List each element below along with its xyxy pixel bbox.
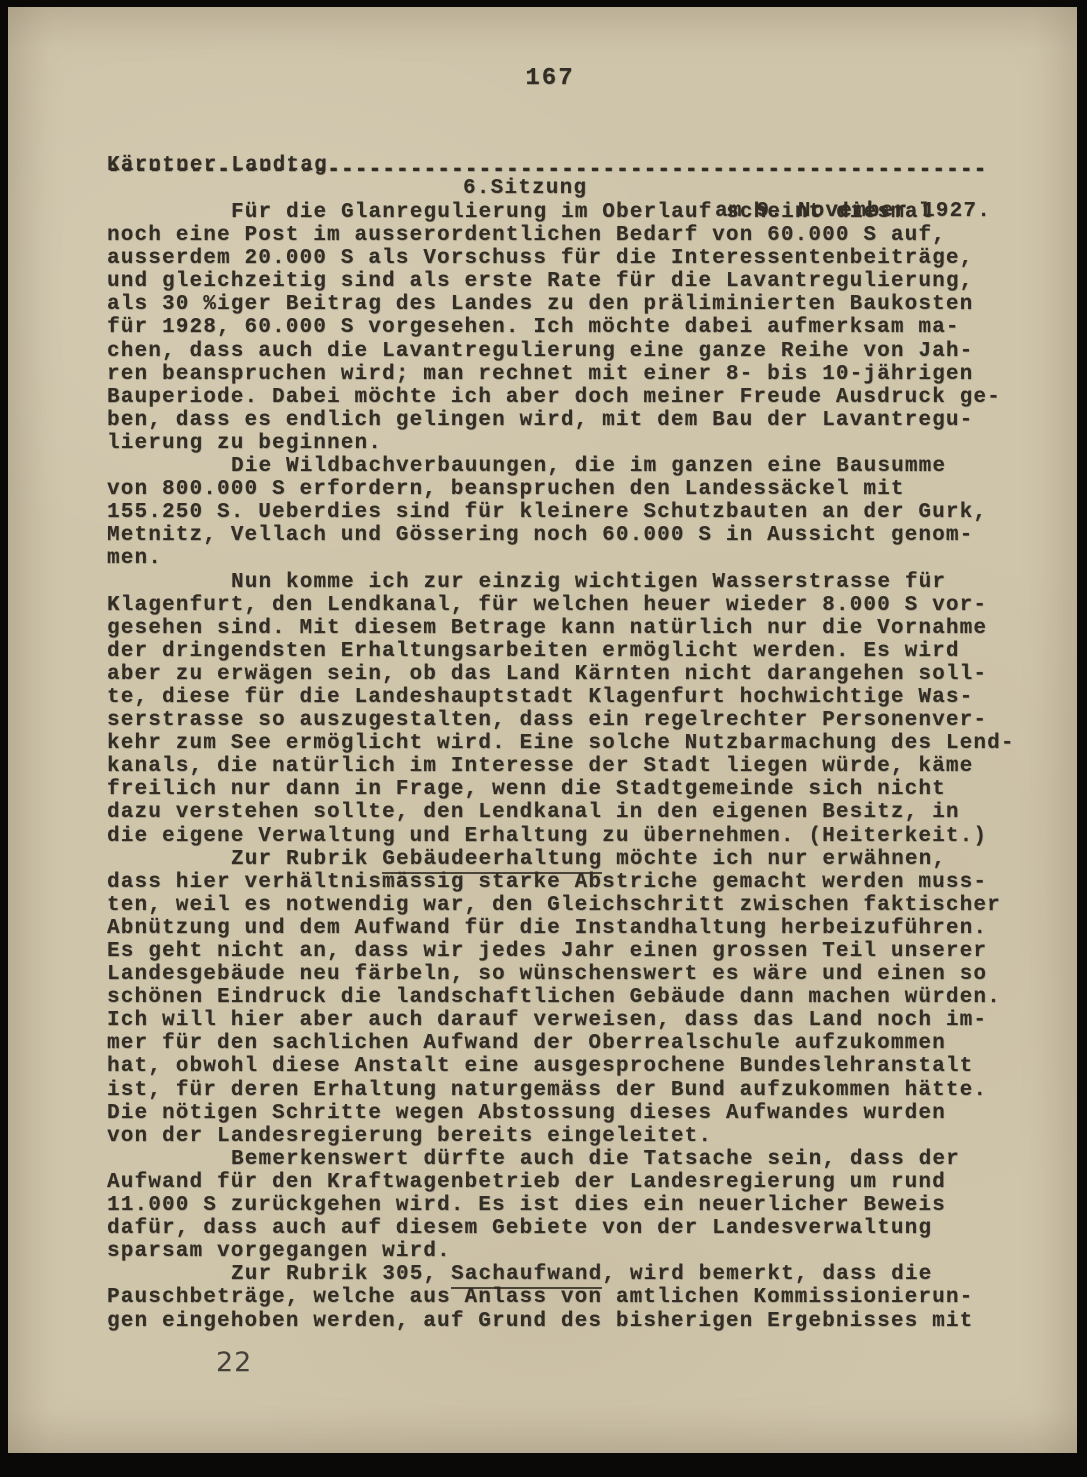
text-line: als 30 %iger Beitrag des Landes zu den p…: [107, 293, 997, 316]
paragraph-4: Zur Rubrik Gebäudeerhaltung möchte ich n…: [107, 848, 997, 1148]
page-number: 167: [107, 65, 993, 92]
text-line: Für die Glanregulierung im Oberlauf sche…: [107, 201, 997, 224]
text-line: Es geht nicht an, dass wir jedes Jahr ei…: [107, 940, 997, 963]
text-line: Bauperiode. Dabei möchte ich aber doch m…: [107, 386, 997, 409]
document-page: 167 Kärntner Landtag 6.Sitzung am 9. Nov…: [8, 7, 1077, 1453]
underlined-term: Gebäudeerhaltung: [382, 848, 602, 874]
text-line: ten, weil es notwendig war, den Gleichsc…: [107, 894, 997, 917]
text-line: und gleichzeitig sind als erste Rate für…: [107, 270, 997, 293]
text-line: dafür, dass auch auf diesem Gebiete von …: [107, 1217, 997, 1240]
text-line: lierung zu beginnen.: [107, 432, 997, 455]
text-line: der dringendsten Erhaltungsarbeiten ermö…: [107, 640, 997, 663]
text-line: von 800.000 S erfordern, beanspruchen de…: [107, 478, 997, 501]
text-line: Die nötigen Schritte wegen Abstossung di…: [107, 1102, 997, 1125]
paragraph-3: Nun komme ich zur einzig wichtigen Wasse…: [107, 571, 997, 848]
text-line: ausserdem 20.000 S als Vorschuss für die…: [107, 247, 997, 270]
text-line: dass hier verhältnismässig starke Abstri…: [107, 871, 997, 894]
header-separator: ----------------------------------------…: [107, 154, 997, 185]
text-line: Zur Rubrik Gebäudeerhaltung möchte ich n…: [107, 848, 997, 871]
text-line: für 1928, 60.000 S vorgesehen. Ich möcht…: [107, 316, 997, 339]
text-line: die eigene Verwaltung und Erhaltung zu ü…: [107, 825, 997, 848]
text-line: gen eingehoben werden, auf Grund des bis…: [107, 1310, 997, 1333]
text-line: kehr zum See ermöglicht wird. Eine solch…: [107, 732, 997, 755]
text-line: Zur Rubrik 305, Sachaufwand, wird bemerk…: [107, 1263, 997, 1286]
text-line: serstrasse so auszugestalten, dass ein r…: [107, 709, 997, 732]
text-line: Aufwand für den Kraftwagenbetrieb der La…: [107, 1171, 997, 1194]
text-line: sparsam vorgegangen wird.: [107, 1240, 997, 1263]
scanned-page-background: 167 Kärntner Landtag 6.Sitzung am 9. Nov…: [0, 0, 1087, 1477]
text-line: schönen Eindruck die landschaftlichen Ge…: [107, 986, 997, 1009]
text-line: ist, für deren Erhaltung naturgemäss der…: [107, 1079, 997, 1102]
paragraph-2: Die Wildbachverbauungen, die im ganzen e…: [107, 455, 997, 570]
text-line: aber zu erwägen sein, ob das Land Kärnte…: [107, 663, 997, 686]
text-line: kanals, die natürlich im Interesse der S…: [107, 755, 997, 778]
text-line: chen, dass auch die Lavantregulierung ei…: [107, 340, 997, 363]
text-line: Klagenfurt, den Lendkanal, für welchen h…: [107, 594, 997, 617]
text-line: noch eine Post im ausserordentlichen Bed…: [107, 224, 997, 247]
text-line: ren beanspruchen wird; man rechnet mit e…: [107, 363, 997, 386]
text-line: freilich nur dann in Frage, wenn die Sta…: [107, 778, 997, 801]
text-line: ben, dass es endlich gelingen wird, mit …: [107, 409, 997, 432]
sheet-number: 22: [216, 1347, 252, 1378]
text-line: Landesgebäude neu färbeln, so wünschensw…: [107, 963, 997, 986]
text-line: men.: [107, 547, 997, 570]
text-line: Abnützung und dem Aufwand für die Instan…: [107, 917, 997, 940]
text-line: mer für den sachlichen Aufwand der Oberr…: [107, 1032, 997, 1055]
text-line: dazu verstehen sollte, den Lendkanal in …: [107, 801, 997, 824]
text-line: gesehen sind. Mit diesem Betrage kann na…: [107, 617, 997, 640]
text-line: 155.250 S. Ueberdies sind für kleinere S…: [107, 501, 997, 524]
text-line: Nun komme ich zur einzig wichtigen Wasse…: [107, 571, 997, 594]
text-line: te, diese für die Landeshauptstadt Klage…: [107, 686, 997, 709]
document-body: Für die Glanregulierung im Oberlauf sche…: [107, 201, 997, 1333]
paragraph-6: Zur Rubrik 305, Sachaufwand, wird bemerk…: [107, 1263, 997, 1332]
text-line: Bemerkenswert dürfte auch die Tatsache s…: [107, 1148, 997, 1171]
text-line: Metnitz, Vellach und Gössering noch 60.0…: [107, 524, 997, 547]
paragraph-5: Bemerkenswert dürfte auch die Tatsache s…: [107, 1148, 997, 1263]
text-line: hat, obwohl diese Anstalt eine ausgespro…: [107, 1055, 997, 1078]
text-line: Die Wildbachverbauungen, die im ganzen e…: [107, 455, 997, 478]
text-line: von der Landesregierung bereits eingelei…: [107, 1125, 997, 1148]
text-line: Pauschbeträge, welche aus Anlass von amt…: [107, 1286, 997, 1309]
paragraph-1: Für die Glanregulierung im Oberlauf sche…: [107, 201, 997, 455]
text-line: Ich will hier aber auch darauf verweisen…: [107, 1009, 997, 1032]
text-line: 11.000 S zurückgehen wird. Es ist dies e…: [107, 1194, 997, 1217]
